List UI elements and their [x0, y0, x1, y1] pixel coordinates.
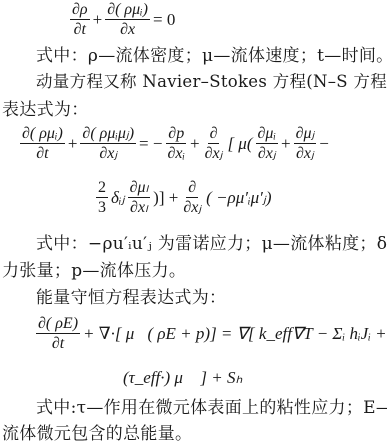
continuity-equation: ∂ρ ∂t + ∂( ρμᵢ) ∂x = 0 [70, 0, 178, 39]
denominator: ∂t [34, 144, 50, 163]
momentum-vars-text-2: 力张量；p—流体压力。 [2, 261, 186, 281]
momentum-intro-text-2: 表达式为： [2, 100, 89, 120]
denominator: ∂xₗ [128, 198, 150, 217]
operator: + ∇·[ μ⃗( ρE + p)] = ∇[ k_eff∇T − Σᵢ hᵢJ… [80, 324, 387, 344]
operator: + [90, 10, 106, 30]
denominator: ∂t [72, 20, 88, 39]
numerator: ∂p [166, 124, 186, 144]
numerator: 2 [96, 178, 108, 198]
energy-vars-text-2: 流体微元包含的总能量。 [2, 424, 192, 444]
numerator: ∂ [186, 178, 198, 198]
energy-equation-line-1: ∂( ρE)∂t + ∇·[ μ⃗( ρE + p)] = ∇[ k_eff∇T… [36, 314, 387, 353]
numerator: ∂ [208, 124, 220, 144]
numerator: ∂μᵢ [256, 124, 278, 144]
momentum-equation-line-1: ∂( ρμᵢ)∂t + ∂( ρμᵢμⱼ)∂xⱼ = − ∂p∂xᵢ + ∂∂x… [20, 124, 332, 163]
numerator: ∂ρ [70, 0, 90, 20]
operator: ( −ρμ′ᵢμ′ⱼ) [203, 188, 274, 208]
energy-intro-text: 能量守恒方程表达式为： [36, 288, 226, 308]
denominator: ∂t [50, 334, 66, 353]
symbol: δᵢⱼ [108, 188, 128, 208]
operator: + [65, 134, 81, 154]
operator: + [278, 134, 294, 154]
operator: = 0 [150, 10, 178, 30]
numerator: ∂μⱼ [294, 124, 317, 144]
denominator: ∂xⱼ [97, 144, 119, 163]
numerator: ∂( ρμᵢμⱼ) [80, 124, 136, 144]
fraction: ∂( ρμᵢ) ∂x [105, 0, 150, 39]
energy-vars-text: 式中:τ—作用在微元体表面上的粘性应力；E— [36, 398, 387, 418]
numerator: ∂μₗ [128, 178, 151, 198]
continuity-vars-text: 式中：ρ—流体密度；μ—流体速度；t—时间。 [36, 46, 387, 66]
denominator: ∂x [118, 20, 137, 39]
operator: (τ_eff·) μ⃗ ] + Sₕ [120, 368, 245, 388]
denominator: 3 [96, 198, 108, 217]
operator: − [316, 134, 332, 154]
energy-equation-line-2: (τ_eff·) μ⃗ ] + Sₕ [120, 368, 245, 388]
fraction: ∂ρ ∂t [70, 0, 90, 39]
momentum-equation-line-2: 23 δᵢⱼ ∂μₗ∂xₗ )] + ∂∂xⱼ ( −ρμ′ᵢμ′ⱼ) [96, 178, 275, 217]
denominator: ∂xᵢ [165, 144, 187, 163]
operator: + [187, 134, 203, 154]
operator: )] + [150, 188, 181, 208]
denominator: ∂xⱼ [181, 198, 203, 217]
numerator: ∂( ρμᵢ) [105, 0, 150, 20]
momentum-vars-text: 式中：−ρu′ᵢu′ⱼ 为雷诺应力；μ—流体粘度；δᵢⱼ—应 [36, 234, 387, 254]
numerator: ∂( ρμᵢ) [20, 124, 65, 144]
numerator: ∂( ρE) [36, 314, 80, 334]
momentum-intro-text: 动量方程又称 Navier–Stokes 方程(N–S 方程)， [36, 72, 387, 92]
denominator: ∂xⱼ [294, 144, 316, 163]
denominator: ∂xⱼ [203, 144, 225, 163]
operator: [ μ( [224, 134, 255, 154]
denominator: ∂xⱼ [256, 144, 278, 163]
operator: = − [136, 134, 165, 154]
